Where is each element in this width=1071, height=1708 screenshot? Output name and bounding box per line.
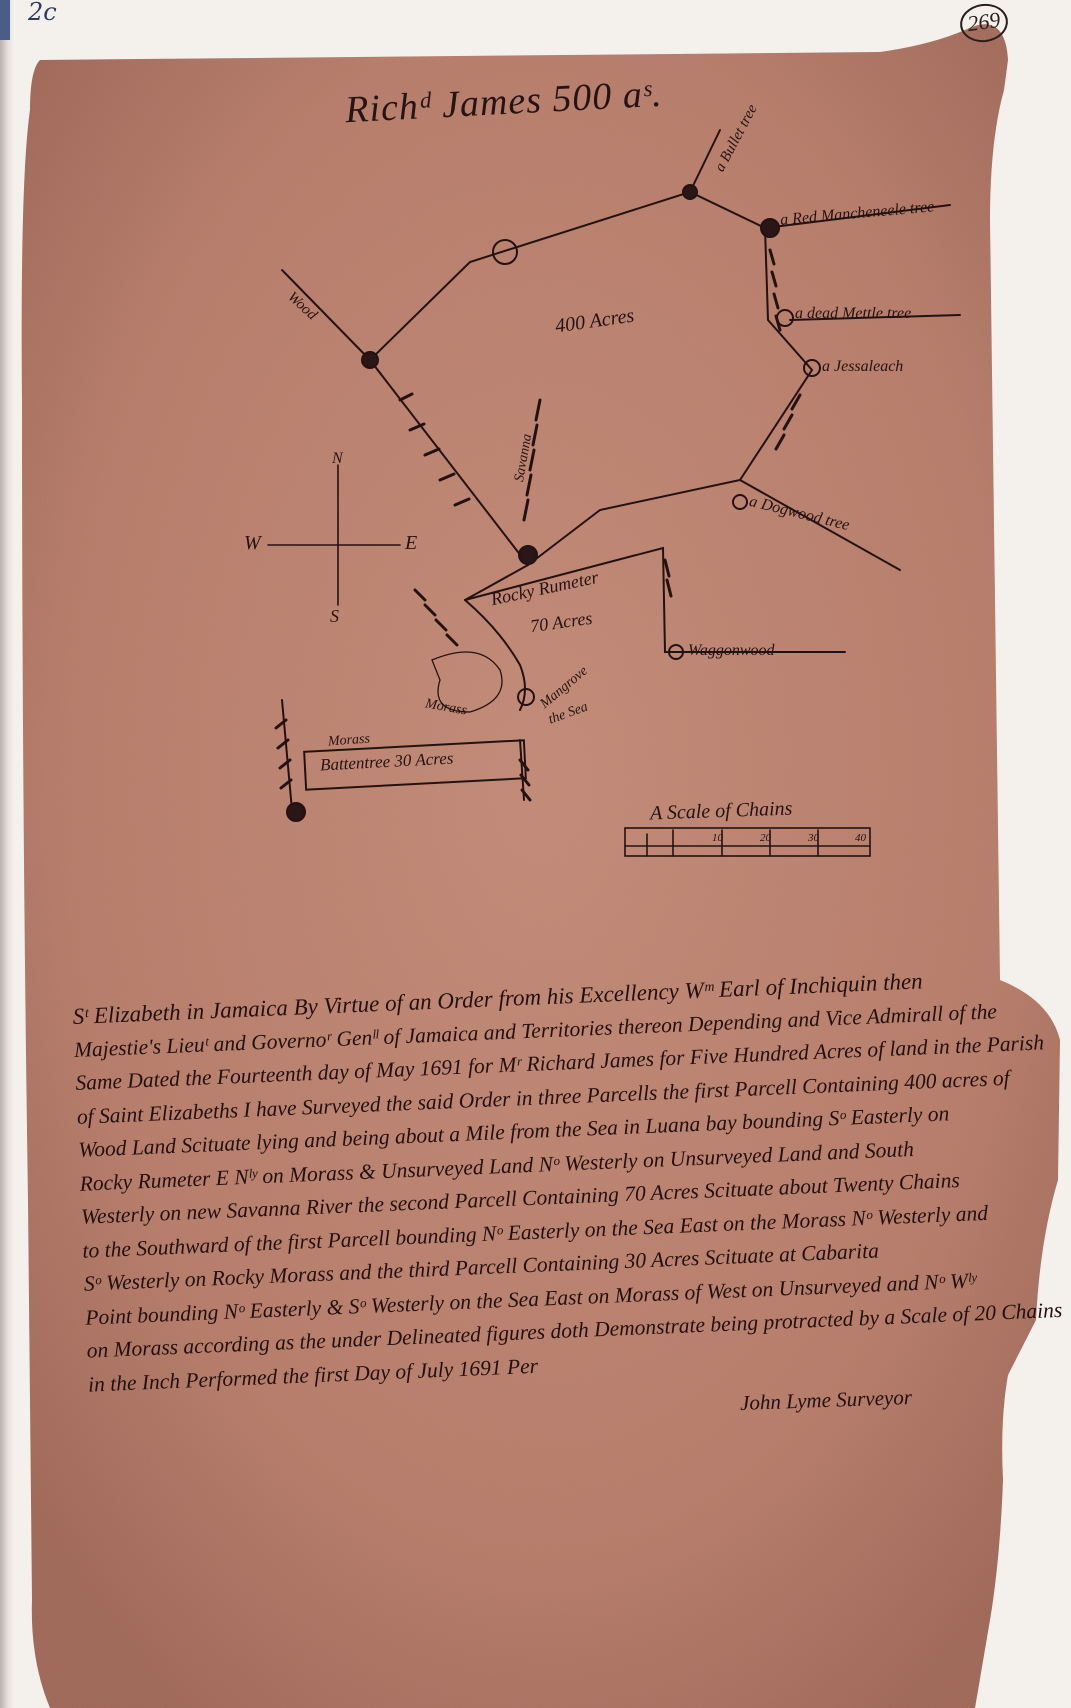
corner-pencil-note: 2c (28, 0, 57, 26)
parchment-and-plat-drawing (0, 0, 1071, 1708)
scale-tick-10: 10 (712, 832, 723, 844)
boundary-label-morass-2: Morass (327, 732, 370, 751)
compass-south: S (330, 606, 339, 627)
boundary-label-jessaleach: a Jessaleach (822, 358, 903, 376)
scale-tick-20: 20 (760, 832, 771, 844)
boundary-label-waggonwood: Waggonwood (688, 642, 775, 660)
book-binding-edge (0, 0, 14, 1708)
survey-description: Sᵗ Elizabeth in Jamaica By Virtue of an … (72, 959, 1071, 1402)
compass-east: E (405, 532, 417, 555)
corner-tab (0, 0, 10, 40)
scale-tick-40: 40 (855, 832, 866, 844)
boundary-label-dead-mettle-tree: a dead Mettle tree (795, 305, 911, 323)
scale-tick-30: 30 (808, 832, 819, 844)
compass-north: N (332, 450, 343, 468)
survey-page (0, 0, 1071, 1708)
compass-west: W (244, 532, 261, 555)
